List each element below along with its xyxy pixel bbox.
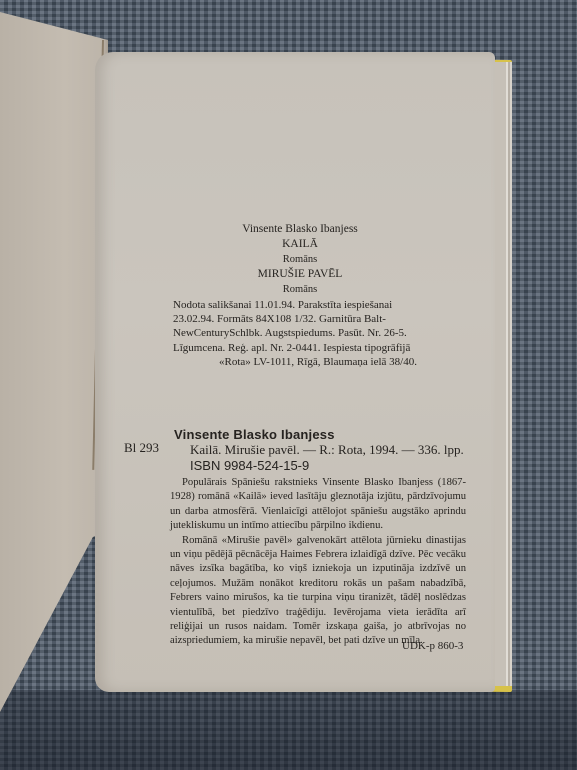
imprint-line: 23.02.94. Formāts 84X108 1/32. Garnitūra… — [173, 312, 463, 326]
catalog-author: Vinsente Blasko Ibanjess — [174, 427, 335, 442]
title-block: Vinsente Blasko Ibanjess KAILĀ Romāns MI… — [200, 222, 400, 297]
imprint-line: «Rota» LV-1011, Rīgā, Blaumaņa ielā 38/4… — [173, 355, 463, 369]
fabric-shadow — [0, 690, 577, 770]
annotation-paragraph: Populārais Spāniešu rakstnieks Vinsente … — [170, 476, 466, 534]
isbn: ISBN 9984-524-15-9 — [190, 458, 309, 473]
catalog-code: Bl 293 — [124, 440, 159, 456]
imprint-line: Līgumcena. Reģ. apl. Nr. 2-0441. Iespies… — [173, 341, 463, 355]
title-author: Vinsente Blasko Ibanjess — [200, 222, 400, 237]
udk-code: UDK-p 860-3 — [402, 640, 463, 652]
title-mirusie-pavel: MIRUŠIE PAVĒL — [200, 267, 400, 282]
title-kaila: KAILĀ — [200, 237, 400, 252]
imprint-block: Nodota salikšanai 11.01.94. Parakstīta i… — [173, 298, 463, 369]
catalog-bibliographic-entry: Kailā. Mirušie pavēl. — R.: Rota, 1994. … — [190, 442, 464, 458]
genre-label-1: Romāns — [200, 252, 400, 267]
annotation: Populārais Spāniešu rakstnieks Vinsente … — [170, 476, 466, 649]
left-page-blank — [0, 12, 108, 712]
annotation-paragraph: Romānā «Mirušie pavēl» galvenokārt attēl… — [170, 534, 466, 649]
imprint-line: Nodota salikšanai 11.01.94. Parakstīta i… — [173, 298, 463, 312]
imprint-line: NewCenturySchlbk. Augstspiedums. Pasūt. … — [173, 326, 463, 340]
genre-label-2: Romāns — [200, 282, 400, 297]
